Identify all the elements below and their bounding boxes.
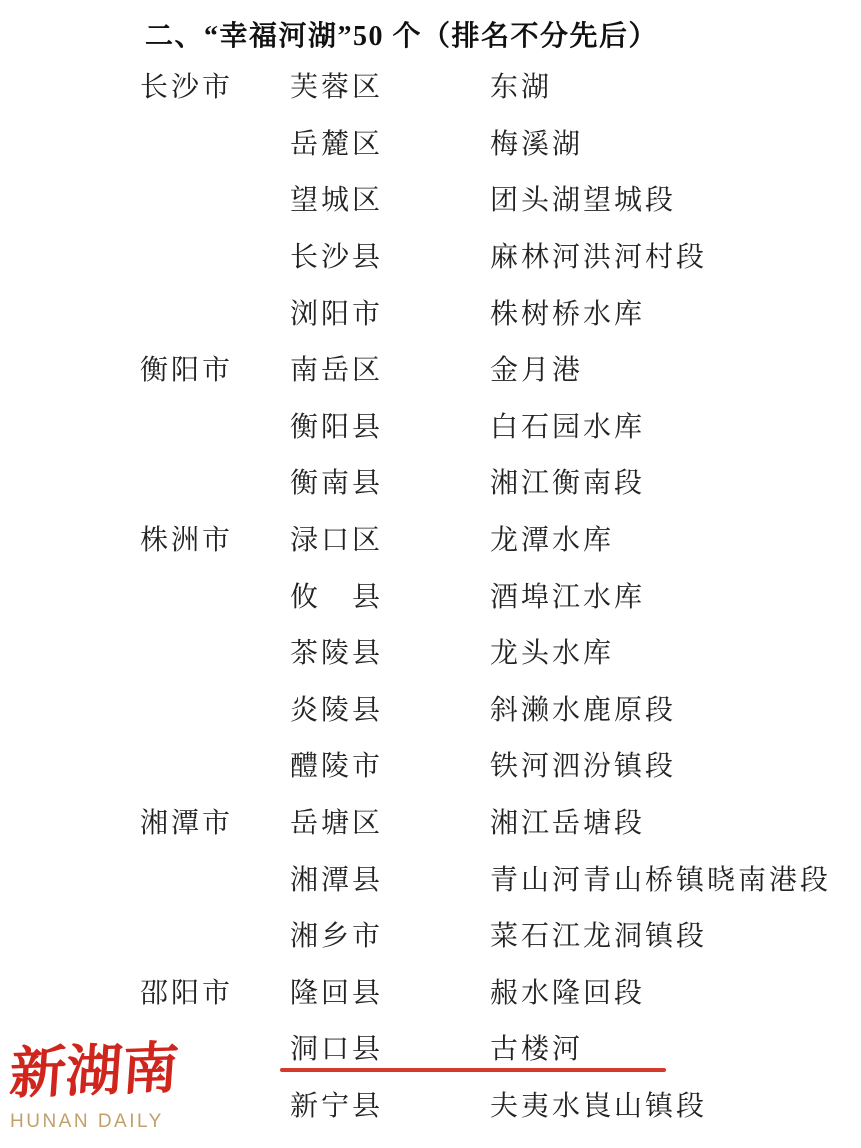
river-cell: 龙潭水库 bbox=[490, 518, 614, 558]
river-cell: 株树桥水库 bbox=[490, 292, 645, 332]
table-row: 衡南县 湘江衡南段 bbox=[0, 453, 861, 510]
district-cell: 岳塘区 bbox=[290, 801, 383, 841]
river-cell: 斜濑水鹿原段 bbox=[490, 688, 676, 728]
district-cell: 浏阳市 bbox=[290, 292, 383, 332]
table-row: 邵阳市 隆回县 赧水隆回段 bbox=[0, 963, 861, 1020]
district-cell: 茶陵县 bbox=[290, 631, 383, 671]
river-cell: 白石园水库 bbox=[490, 405, 645, 445]
scanned-document-page: 二、“幸福河湖”50 个（排名不分先后） 长沙市 芙蓉区 东湖 岳麓区 梅溪湖 … bbox=[0, 0, 861, 1148]
table-row: 炎陵县 斜濑水鹿原段 bbox=[0, 680, 861, 737]
district-cell: 衡南县 bbox=[290, 461, 383, 501]
river-cell: 团头湖望城段 bbox=[490, 178, 676, 218]
river-cell: 湘江岳塘段 bbox=[490, 801, 645, 841]
city-cell: 湘潭市 bbox=[140, 801, 233, 841]
river-cell: 龙头水库 bbox=[490, 631, 614, 671]
river-lake-table: 长沙市 芙蓉区 东湖 岳麓区 梅溪湖 望城区 团头湖望城段 长沙县 麻林河洪河村… bbox=[0, 57, 861, 1132]
river-cell: 麻林河洪河村段 bbox=[490, 235, 707, 275]
river-cell: 赧水隆回段 bbox=[490, 971, 645, 1011]
district-cell: 攸 县 bbox=[290, 575, 383, 615]
district-cell: 望城区 bbox=[290, 178, 383, 218]
red-highlight-underline bbox=[280, 1068, 666, 1072]
district-cell: 芙蓉区 bbox=[290, 65, 383, 105]
table-row: 攸 县 酒埠江水库 bbox=[0, 566, 861, 623]
district-cell: 新宁县 bbox=[290, 1084, 383, 1124]
table-row: 长沙市 芙蓉区 东湖 bbox=[0, 57, 861, 114]
river-cell: 金月港 bbox=[490, 348, 583, 388]
table-row: 茶陵县 龙头水库 bbox=[0, 623, 861, 680]
table-row: 湘乡市 菜石江龙洞镇段 bbox=[0, 906, 861, 963]
table-row: 醴陵市 铁河泗汾镇段 bbox=[0, 736, 861, 793]
district-cell: 醴陵市 bbox=[290, 744, 383, 784]
river-cell: 东湖 bbox=[490, 65, 552, 105]
district-cell: 湘乡市 bbox=[290, 914, 383, 954]
district-cell: 长沙县 bbox=[290, 235, 383, 275]
river-cell: 酒埠江水库 bbox=[490, 575, 645, 615]
city-cell: 株洲市 bbox=[140, 518, 233, 558]
table-row: 衡阳市 南岳区 金月港 bbox=[0, 340, 861, 397]
district-cell: 炎陵县 bbox=[290, 688, 383, 728]
river-cell: 夫夷水崀山镇段 bbox=[490, 1084, 707, 1124]
table-row: 湘潭县 青山河青山桥镇晓南港段 bbox=[0, 849, 861, 906]
city-cell: 长沙市 bbox=[140, 65, 233, 105]
district-cell: 隆回县 bbox=[290, 971, 383, 1011]
table-row: 株洲市 渌口区 龙潭水库 bbox=[0, 510, 861, 567]
page-title: 二、“幸福河湖”50 个（排名不分先后） bbox=[145, 14, 658, 54]
river-cell: 铁河泗汾镇段 bbox=[490, 744, 676, 784]
city-cell: 邵阳市 bbox=[140, 971, 233, 1011]
table-row: 长沙县 麻林河洪河村段 bbox=[0, 227, 861, 284]
table-row: 湘潭市 岳塘区 湘江岳塘段 bbox=[0, 793, 861, 850]
logo-subtitle-text: HUNAN DAILY bbox=[10, 1111, 180, 1133]
table-row: 浏阳市 株树桥水库 bbox=[0, 283, 861, 340]
table-row: 衡阳县 白石园水库 bbox=[0, 397, 861, 454]
district-cell: 岳麓区 bbox=[290, 122, 383, 162]
river-cell: 菜石江龙洞镇段 bbox=[490, 914, 707, 954]
city-cell: 衡阳市 bbox=[140, 348, 233, 388]
river-cell: 青山河青山桥镇晓南港段 bbox=[490, 858, 831, 898]
district-cell: 湘潭县 bbox=[290, 858, 383, 898]
table-row: 望城区 团头湖望城段 bbox=[0, 170, 861, 227]
district-cell: 洞口县 bbox=[290, 1027, 383, 1067]
river-cell: 梅溪湖 bbox=[490, 122, 583, 162]
district-cell: 衡阳县 bbox=[290, 405, 383, 445]
district-cell: 南岳区 bbox=[290, 348, 383, 388]
river-cell: 古楼河 bbox=[490, 1027, 583, 1067]
logo-brand-calligraphy: 新湖南 bbox=[7, 1033, 181, 1112]
hunan-daily-logo: 新湖南 HUNAN DAILY bbox=[10, 1036, 180, 1133]
table-row: 岳麓区 梅溪湖 bbox=[0, 114, 861, 171]
district-cell: 渌口区 bbox=[290, 518, 383, 558]
river-cell: 湘江衡南段 bbox=[490, 461, 645, 501]
